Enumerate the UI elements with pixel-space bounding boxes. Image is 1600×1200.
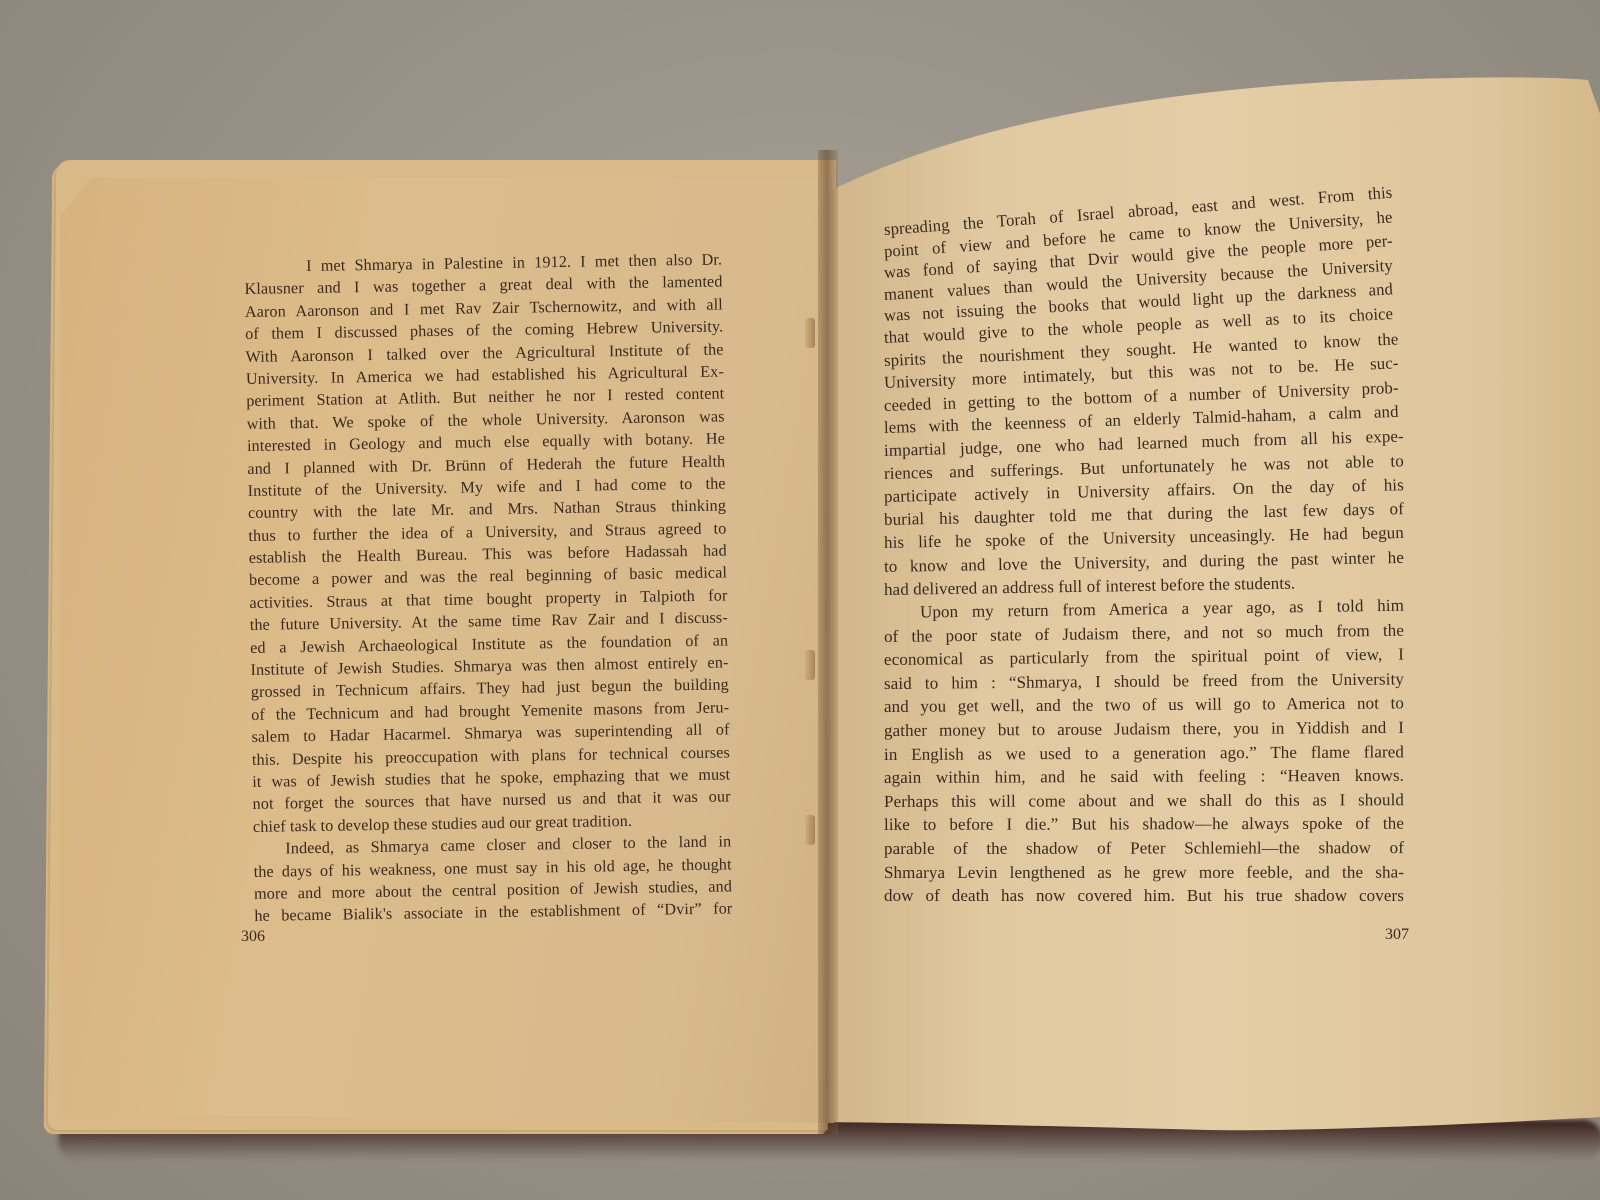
page-number-right: 307	[1385, 926, 1409, 944]
binding-mark	[805, 815, 815, 845]
binding-mark	[805, 318, 815, 348]
text-line: like to before I die.” But his shadow—he…	[884, 812, 1404, 837]
text-line: again within him, and he said with feeli…	[884, 764, 1404, 790]
text-line: Perhaps this will come about and we shal…	[884, 788, 1404, 813]
book-gutter	[818, 150, 838, 1135]
text-line: in English as we used to a generation ag…	[884, 740, 1404, 766]
text-line: dow of death has now covered him. But hi…	[884, 884, 1404, 908]
right-page-text: spreading the Torah of Israel abroad, ea…	[884, 200, 1404, 908]
page-number-left: 306	[241, 928, 265, 946]
text-line: gather money but to arouse Judaism there…	[884, 716, 1404, 743]
text-line: Shmarya Levin lengthened as he grew more…	[884, 860, 1404, 884]
text-line: and you get well, and the two of us will…	[884, 692, 1404, 719]
left-page-text: I met Shmarya in Palestine in 1912. I me…	[244, 248, 732, 927]
text-line: parable of the shadow of Peter Schlemieh…	[884, 836, 1404, 861]
binding-mark	[805, 650, 815, 680]
photo-scene: I met Shmarya in Palestine in 1912. I me…	[0, 0, 1600, 1200]
